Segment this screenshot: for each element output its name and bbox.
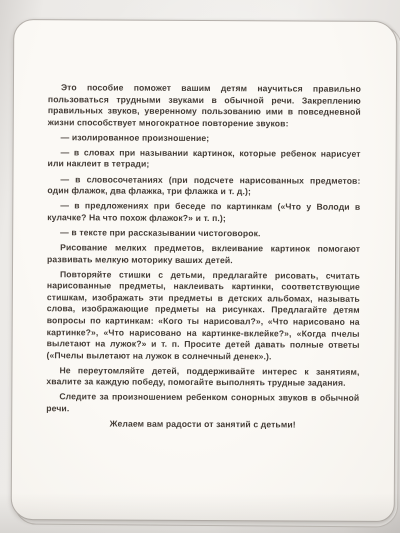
paragraph-repeat: Повторяйте стишки с детьми, предлагайте … <box>47 269 360 363</box>
paragraph-encourage: Не переутомляйте детей, поддерживайте ин… <box>46 365 359 390</box>
page-text-block: Это пособие поможет вашим детям научитьс… <box>46 82 361 435</box>
paragraph-monitor: Следите за произношением ребенком сонорн… <box>46 392 359 417</box>
photo-backdrop: Это пособие поможет вашим детям научитьс… <box>0 0 400 533</box>
list-item-isolated: — изолированное произношение; <box>48 132 361 145</box>
paragraph-drawing: Рисование мелких предметов, вклеивание к… <box>47 242 360 267</box>
list-item-text: — в тексте при рассказывании чистоговоро… <box>47 227 360 240</box>
closing-wish: Желаем вам радости от занятий с детьми! <box>46 418 359 431</box>
list-item-words: — в словах при назывании картинок, котор… <box>48 147 361 172</box>
list-item-sentences: — в предложениях при беседе по картинкам… <box>47 200 360 225</box>
paragraph-intro: Это пособие поможет вашим детям научитьс… <box>48 82 361 130</box>
list-item-phrases: — в словосочетаниях (при подсчете нарисо… <box>47 174 360 199</box>
book-page: Это пособие поможет вашим детям научитьс… <box>11 19 398 522</box>
